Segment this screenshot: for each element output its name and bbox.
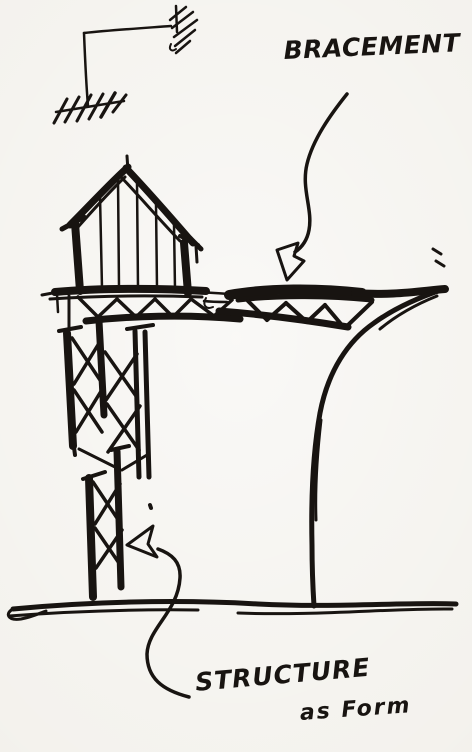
ditto-mark-icon [433,249,444,266]
house-sketch [42,156,206,312]
bracement-leader-line [295,94,347,252]
tower-bracing [59,296,153,477]
ground-line [8,602,456,620]
sketch-page: BRACEMENT STRUCTURE as Form [0,0,472,752]
support-symbol-icon [54,6,197,123]
cliff-line [312,289,444,606]
structure-leader-line [147,549,189,697]
structure-open-arrow-icon [127,526,157,557]
sketch-canvas [0,0,472,752]
